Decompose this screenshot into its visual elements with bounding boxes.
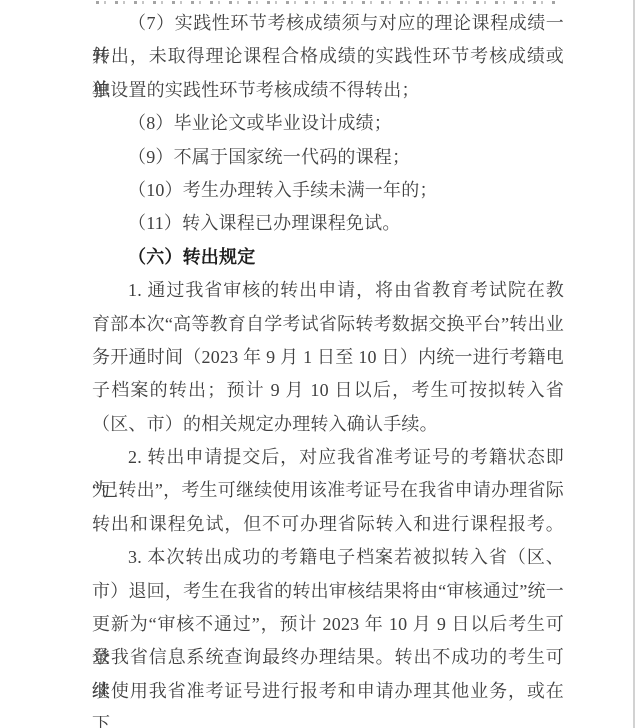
text-line: 市）退回，考生在我省的转出审核结果将由“审核通过”统一 xyxy=(92,575,564,608)
text-line: 育部本次“高等教育自学考试省际转考数据交换平台”转出业 xyxy=(92,308,564,341)
text-line: （区、市）的相关规定办理转入确认手续。 xyxy=(92,408,564,441)
text-line: 更新为“审核不通过”，预计 2023 年 10 月 9 日以后考生可登 xyxy=(92,608,564,641)
text-line: 独设置的实践性环节考核成绩不得转出； xyxy=(92,74,564,107)
text-line: （11）转入课程已办理课程免试。 xyxy=(92,207,564,240)
text-line: 1. 通过我省审核的转出申请，将由省教育考试院在教 xyxy=(92,274,564,307)
text-line: （10）考生办理转入手续未满一年的； xyxy=(92,174,564,207)
text-line: （7）实践性环节考核成绩须与对应的理论课程成绩一并 xyxy=(92,7,564,40)
text-line: 转出和课程免试，但不可办理省际转入和进行课程报考。 xyxy=(92,508,564,541)
section-heading: （六）转出规定 xyxy=(92,241,564,274)
text-line: 录我省信息系统查询最终办理结果。转出不成功的考生可继 xyxy=(92,641,564,674)
text-line: 转出，未取得理论课程合格成绩的实践性环节考核成绩或单 xyxy=(92,40,564,73)
clipped-previous-line-fragment xyxy=(96,1,560,4)
text-line: 3. 本次转出成功的考籍电子档案若被拟转入省（区、 xyxy=(92,541,564,574)
text-line: 2. 转出申请提交后，对应我省准考证号的考籍状态即为 xyxy=(92,441,564,474)
text-line: “已转出”，考生可继续使用该准考证号在我省申请办理省际 xyxy=(92,474,564,507)
text-line: 续使用我省准考证号进行报考和申请办理其他业务，或在下 xyxy=(92,675,564,708)
text-line: （8）毕业论文或毕业设计成绩； xyxy=(92,107,564,140)
text-block: （7）实践性环节考核成绩须与对应的理论课程成绩一并转出，未取得理论课程合格成绩的… xyxy=(92,7,564,708)
text-line: 务开通时间（2023 年 9 月 1 日至 10 日）内统一进行考籍电 xyxy=(92,341,564,374)
page-edge-line xyxy=(633,0,635,728)
document-page: （7）实践性环节考核成绩须与对应的理论课程成绩一并转出，未取得理论课程合格成绩的… xyxy=(0,0,636,728)
text-line: （9）不属于国家统一代码的课程； xyxy=(92,141,564,174)
text-line: 子档案的转出；预计 9 月 10 日以后，考生可按拟转入省 xyxy=(92,374,564,407)
